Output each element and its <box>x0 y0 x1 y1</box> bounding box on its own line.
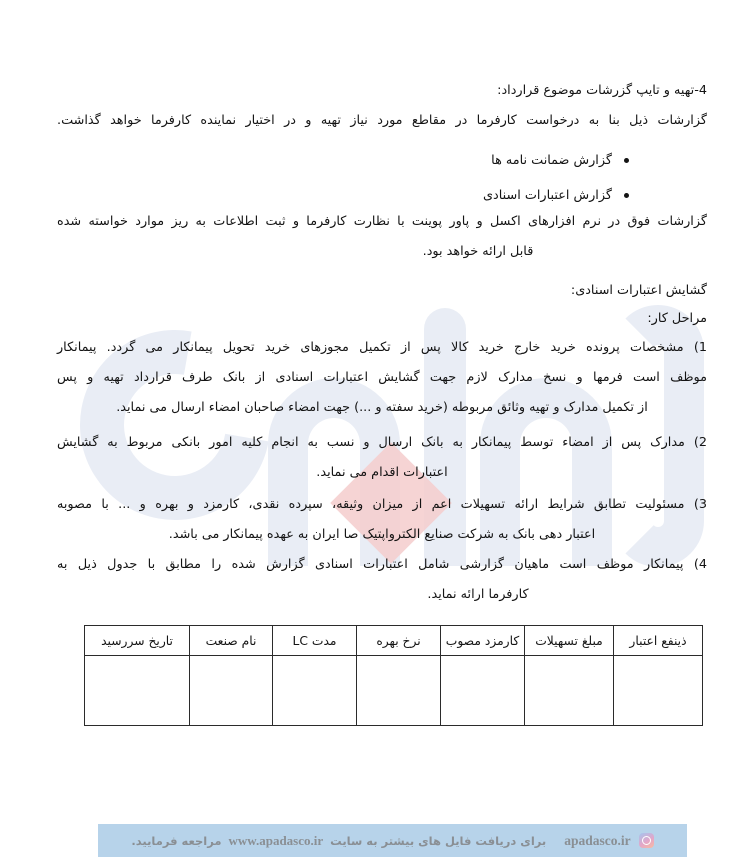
doc-line: 4) پیمانکار موظف است ماهیان گزارشی شامل … <box>57 550 707 580</box>
footer-message-suffix: مراجعه فرمایید. <box>131 834 221 848</box>
table-body <box>85 656 703 726</box>
bullet-item: گزارش ضمانت نامه ها <box>57 143 629 178</box>
work-steps-heading: مراحل کار: <box>57 305 707 333</box>
doc-line: کارفرما ارائه نماید. <box>249 580 707 610</box>
table-header-cell: نام صنعت <box>190 626 273 656</box>
doc-line: گزارشات فوق در نرم افزارهای اکسل و پاور … <box>57 207 707 237</box>
bullet-list: گزارش ضمانت نامه هاگزارش اعتبارات اسنادی <box>57 143 707 213</box>
doc-line: از تکمیل مدارک و تهیه وثائق مربوطه (خرید… <box>57 393 707 423</box>
doc-line: اعتبار دهی بانک به شرکت صنایع الکترواپتی… <box>57 520 707 550</box>
doc-line: 1) مشخصات پرونده خرید خارج خرید کالا پس … <box>57 333 707 363</box>
bullet-label: گزارش اعتبارات اسنادی <box>483 181 612 211</box>
footer-bar: apadasco.ir برای دریافت فایل های بیشتر ب… <box>98 824 687 857</box>
camera-lens-icon <box>642 836 651 845</box>
doc-line: اعتبارات اقدام می نماید. <box>57 458 707 488</box>
table-header-cell: مدت LC <box>273 626 357 656</box>
doc-line: موظف است فرمها و نسخ مدارک لازم جهت گشای… <box>57 363 707 393</box>
table-empty-cell <box>441 656 525 726</box>
lc-report-table: ذینفع اعتبارمبلغ تسهیلاتکارمزد مصوبنرخ ب… <box>84 625 703 726</box>
bullet-icon <box>624 158 629 163</box>
table-empty-cell <box>614 656 703 726</box>
step-item: 4) پیمانکار موظف است ماهیان گزارشی شامل … <box>57 550 707 610</box>
instagram-icon <box>639 833 654 848</box>
doc-line: 3) مسئولیت تطابق شرایط ارائه تسهیلات اعم… <box>57 490 707 520</box>
step-item: 1) مشخصات پرونده خرید خارج خرید کالا پس … <box>57 333 707 423</box>
table-header-cell: مبلغ تسهیلات <box>525 626 614 656</box>
table-empty-cell <box>190 656 273 726</box>
footer-url: www.apadasco.ir <box>226 833 327 848</box>
step-item: 2) مدارک پس از امضاء توسط پیمانکار به با… <box>57 428 707 488</box>
table-empty-cell <box>357 656 441 726</box>
table-empty-cell <box>273 656 357 726</box>
footer-message-prefix: برای دریافت فایل های بیشتر به سایت <box>330 834 546 848</box>
table-header-cell: کارمزد مصوب <box>441 626 525 656</box>
table-header-row: ذینفع اعتبارمبلغ تسهیلاتکارمزد مصوبنرخ ب… <box>85 626 703 656</box>
reports-availability-paragraph: گزارشات فوق در نرم افزارهای اکسل و پاور … <box>57 207 707 267</box>
table-empty-row <box>85 656 703 726</box>
bullet-label: گزارش ضمانت نامه ها <box>491 146 612 176</box>
table-empty-cell <box>525 656 614 726</box>
table-header-cell: ذینفع اعتبار <box>614 626 703 656</box>
document-content: 4-تهیه و تایپ گزرشات موضوع قرارداد: گزار… <box>57 76 707 610</box>
document-page: 4-تهیه و تایپ گزرشات موضوع قرارداد: گزار… <box>0 0 755 864</box>
steps-list: 1) مشخصات پرونده خرید خارج خرید کالا پس … <box>57 333 707 610</box>
intro-line: گزارشات ذیل بنا به درخواست کارفرما در مق… <box>57 106 707 136</box>
contract-reports-heading: 4-تهیه و تایپ گزرشات موضوع قرارداد: <box>57 76 707 106</box>
footer-message: برای دریافت فایل های بیشتر به سایت www.a… <box>131 833 546 849</box>
site-label: apadasco.ir <box>564 833 630 849</box>
step-item: 3) مسئولیت تطابق شرایط ارائه تسهیلات اعم… <box>57 490 707 550</box>
lc-opening-heading: گشایش اعتبارات اسنادی: <box>57 277 707 305</box>
doc-line: قابل ارائه خواهد بود. <box>249 237 707 267</box>
table-empty-cell <box>85 656 190 726</box>
doc-line: 2) مدارک پس از امضاء توسط پیمانکار به با… <box>57 428 707 458</box>
table-header-cell: نرخ بهره <box>357 626 441 656</box>
bullet-icon <box>624 193 629 198</box>
table-header-cell: تاریخ سررسید <box>85 626 190 656</box>
